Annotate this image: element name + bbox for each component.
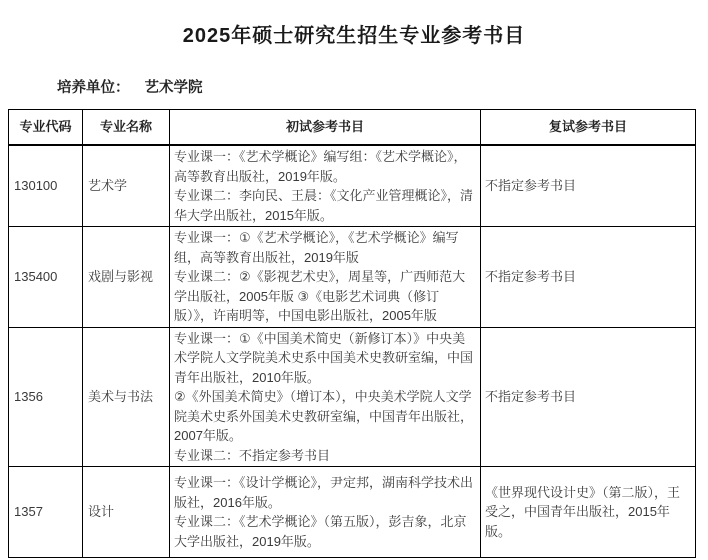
major-code: 130100 (9, 145, 83, 227)
table-row: 1357 设计 专业课一：《设计学概论》，尹定邦，湖南科学技术出版社，2016年… (9, 467, 696, 558)
header-retest-books: 复试参考书目 (481, 110, 696, 146)
document-page: 2025年硕士研究生招生专业参考书目 培养单位：艺术学院 专业代码 专业名称 初… (0, 0, 708, 560)
page-title: 2025年硕士研究生招生专业参考书目 (0, 0, 708, 48)
training-unit-line: 培养单位：艺术学院 (57, 76, 708, 97)
major-name: 设计 (83, 467, 170, 558)
major-code: 1356 (9, 327, 83, 467)
retest-books: 《世界现代设计史》（第二版），王受之，中国青年出版社，2015年版。 (481, 467, 696, 558)
retest-books: 不指定参考书目 (481, 227, 696, 328)
initial-exam-books: 专业课一：《设计学概论》，尹定邦，湖南科学技术出版社，2016年版。专业课二：《… (170, 467, 481, 558)
reference-books-table: 专业代码 专业名称 初试参考书目 复试参考书目 130100 艺术学 专业课一：… (8, 109, 696, 558)
table-row: 1356 美术与书法 专业课一：①《中国美术简史（新修订本）》中央美术学院人文学… (9, 327, 696, 467)
major-name: 艺术学 (83, 145, 170, 227)
retest-books: 不指定参考书目 (481, 145, 696, 227)
initial-exam-books: 专业课一：①《中国美术简史（新修订本）》中央美术学院人文学院美术史系中国美术史教… (170, 327, 481, 467)
major-code: 1357 (9, 467, 83, 558)
table-header-row: 专业代码 专业名称 初试参考书目 复试参考书目 (9, 110, 696, 146)
header-initial-exam-books: 初试参考书目 (170, 110, 481, 146)
retest-books: 不指定参考书目 (481, 327, 696, 467)
training-unit-label: 培养单位： (57, 80, 130, 96)
header-major-code: 专业代码 (9, 110, 83, 146)
initial-exam-books: 专业课一：《艺术学概论》编写组：《艺术学概论》，高等教育出版社，2019年版。专… (170, 145, 481, 227)
table-row: 135400 戏剧与影视 专业课一：①《艺术学概论》，《艺术学概论》编写组，高等… (9, 227, 696, 328)
table-row: 130100 艺术学 专业课一：《艺术学概论》编写组：《艺术学概论》，高等教育出… (9, 145, 696, 227)
training-unit-value: 艺术学院 (145, 80, 203, 96)
header-major-name: 专业名称 (83, 110, 170, 146)
major-name: 戏剧与影视 (83, 227, 170, 328)
initial-exam-books: 专业课一：①《艺术学概论》，《艺术学概论》编写组，高等教育出版社，2019年版专… (170, 227, 481, 328)
major-code: 135400 (9, 227, 83, 328)
major-name: 美术与书法 (83, 327, 170, 467)
